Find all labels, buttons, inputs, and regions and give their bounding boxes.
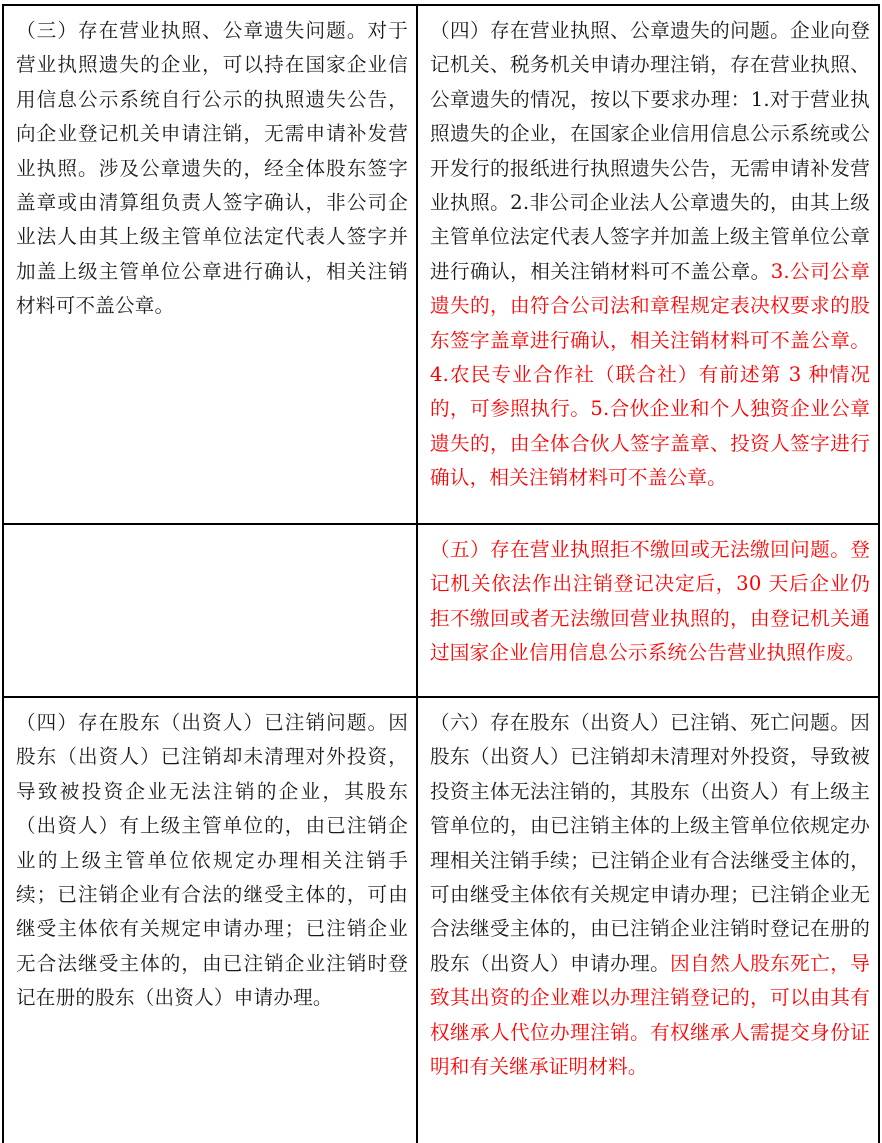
provision-text-highlighted: 3.公司公章遗失的，由符合公司法和章程规定表决权要求的股东签字盖章进行确认，相关… <box>430 260 870 489</box>
old-provision-cell-empty <box>3 524 417 697</box>
new-provision-cell: （五）存在营业执照拒不缴回或无法缴回问题。登记机关依法作出注销登记决定后，30 … <box>417 524 879 697</box>
new-provision-cell: （六）存在股东（出资人）已注销、死亡问题。因股东（出资人）已注销却未清理对外投资… <box>417 697 879 1143</box>
provision-text-highlighted: （五）存在营业执照拒不缴回或无法缴回问题。登记机关依法作出注销登记决定后，30 … <box>430 538 870 664</box>
comparison-table: （三）存在营业执照、公章遗失问题。对于营业执照遗失的企业，可以持在国家企业信用信… <box>2 4 880 1143</box>
table-row: （三）存在营业执照、公章遗失问题。对于营业执照遗失的企业，可以持在国家企业信用信… <box>3 5 879 524</box>
old-provision-cell: （四）存在股东（出资人）已注销问题。因股东（出资人）已注销却未清理对外投资，导致… <box>3 697 417 1143</box>
old-provision-cell: （三）存在营业执照、公章遗失问题。对于营业执照遗失的企业，可以持在国家企业信用信… <box>3 5 417 524</box>
table-row: （五）存在营业执照拒不缴回或无法缴回问题。登记机关依法作出注销登记决定后，30 … <box>3 524 879 697</box>
provision-text: （三）存在营业执照、公章遗失问题。对于营业执照遗失的企业，可以持在国家企业信用信… <box>16 19 408 317</box>
provision-text: （四）存在营业执照、公章遗失的问题。企业向登记机关、税务机关申请办理注销，存在营… <box>430 19 870 283</box>
provision-text: （四）存在股东（出资人）已注销问题。因股东（出资人）已注销却未清理对外投资，导致… <box>16 711 408 1009</box>
new-provision-cell: （四）存在营业执照、公章遗失的问题。企业向登记机关、税务机关申请办理注销，存在营… <box>417 5 879 524</box>
provision-text: （六）存在股东（出资人）已注销、死亡问题。因股东（出资人）已注销却未清理对外投资… <box>430 711 870 975</box>
table-row: （四）存在股东（出资人）已注销问题。因股东（出资人）已注销却未清理对外投资，导致… <box>3 697 879 1143</box>
